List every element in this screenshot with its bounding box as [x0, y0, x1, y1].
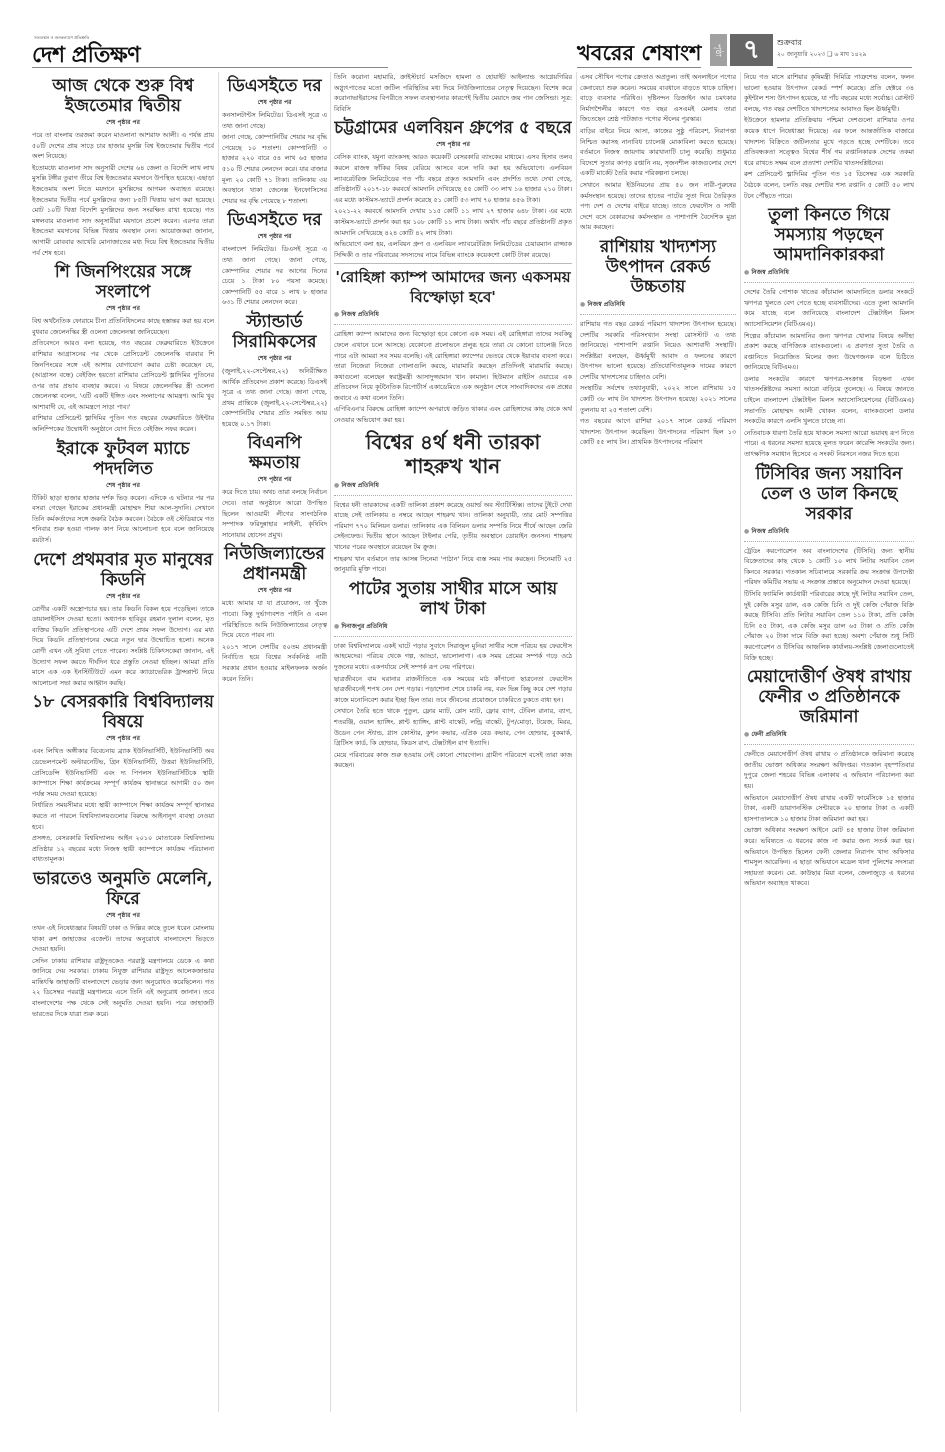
headline[interactable]: 'রোহিঙ্গা ক্যাম্প আমাদের জন্য একসময় বিস…: [334, 267, 572, 307]
article-body: পরে তা বাংলায় তরজমা করেন মাওলানা আশরাফ …: [32, 130, 214, 258]
article-body: (জুলাই,২২-সেপ্টেম্বর,২২) অনিরীক্ষিত আর্থ…: [222, 366, 327, 430]
continued-label: শেষ পৃষ্ঠার পর: [334, 139, 572, 150]
article-albion[interactable]: চট্টগ্রামের এলবিয়ন গ্রুপের ৫ বছরে শেষ প…: [334, 118, 572, 260]
article-body: রোগীর একটি অস্ত্রোপচার হয়। তার কিডনি বি…: [32, 604, 214, 689]
headline[interactable]: টিসিবির জন্য সয়াবিন তেল ও ডাল কিনছে সরক…: [744, 464, 914, 524]
article-body: করে দিতে চায়। অথচ তারা বলছে নির্বাচন দে…: [222, 487, 327, 540]
masthead-rule-right: [777, 67, 912, 68]
article-iraq-football[interactable]: ইরাকে ফুটবল ম্যাচে পদদলিত শেষ পৃষ্ঠার পর…: [32, 439, 214, 546]
continued-label: শেষ পৃষ্ঠার পর: [32, 480, 214, 491]
column-divider: [218, 72, 219, 1412]
headline[interactable]: রাশিয়ায় খাদ্যশস্য উৎপাদন রেকর্ড উচ্চতা…: [580, 237, 736, 297]
masthead-rule-left: [32, 67, 388, 68]
article-zinping[interactable]: শি জিনপিংয়ের সঙ্গে সংলাপে শেষ পৃষ্ঠার প…: [32, 262, 214, 435]
headline[interactable]: নিউজিল্যান্ডের প্রধানমন্ত্রী: [222, 544, 327, 584]
article-body: মধ্যে আমার যা যা প্রয়োজন, তা খুঁজে পাবো…: [222, 598, 327, 684]
article-body: ট্রেডিং করপোরেশন অব বাংলাদেশের (টিসিবি) …: [744, 546, 914, 664]
article-body: বিশ্বের ধনী তারকাদের একটি তালিকা প্রকাশ …: [334, 500, 572, 575]
masthead-rule-mid: [577, 67, 701, 68]
headline[interactable]: বিএনপি ক্ষমতায়: [222, 433, 327, 473]
article-new-zealand[interactable]: নিউজিল্যান্ডের প্রধানমন্ত্রী শেষ পৃষ্ঠার…: [222, 544, 327, 684]
continued-label: শেষ পৃষ্ঠার পর: [32, 591, 214, 602]
article-russia-grain[interactable]: রাশিয়ায় খাদ্যশস্য উৎপাদন রেকর্ড উচ্চতা…: [580, 237, 736, 448]
byline: ফেনী প্রতিনিধি: [744, 729, 914, 745]
article-jute-thread[interactable]: পাটের সুতায় সাথীর মাসে আয় লাখ টাকা দিন…: [334, 579, 572, 771]
byline: নিজস্ব প্রতিনিধি: [744, 526, 914, 542]
article-cotton[interactable]: তুলা কিনতে গিয়ে সমস্যায় পড়ছেন আমদানিক…: [744, 205, 914, 460]
headline[interactable]: মেয়াদোত্তীর্ণ ঔষধ রাখায় ফেনীর ৩ প্রতিষ…: [744, 667, 914, 727]
continued-label: শেষ পৃষ্ঠার পর: [222, 474, 327, 485]
column-divider: [330, 72, 331, 1412]
continued-label: শেষ পৃষ্ঠার পর: [32, 303, 214, 314]
article-body: রোহিঙ্গা ক্যাম্প আমাদের জন্য বিস্ফোড়া হ…: [334, 329, 572, 425]
article-body: টিকিট ছাড়া হাজার হাজার দর্শক ভিড় করেন।…: [32, 493, 214, 546]
headline[interactable]: শি জিনপিংয়ের সঙ্গে সংলাপে: [32, 262, 214, 302]
byline: নিজস্ব প্রতিনিধি: [580, 299, 736, 315]
article-body: বেসিক ব্যাংক, যমুনা ব্যাংকসহ আরও কয়েকটি…: [334, 152, 572, 260]
article-body: তখন এই নিষেধাজ্ঞার বিষয়টি ঢাকা ও দিল্লি…: [32, 923, 214, 1019]
byline: নিজস্ব প্রতিনিধি: [334, 480, 572, 496]
page-label: পৃষ্ঠা: [710, 34, 727, 66]
headline[interactable]: ভারতেও অনুমতি মেলেনি, ফিরে: [32, 869, 214, 909]
section-divider: [334, 263, 572, 264]
continued-label: শেষ পৃষ্ঠার পর: [32, 117, 214, 128]
article-dse-rate[interactable]: ডিএসইতে দর শেষ পৃষ্ঠার পর কনসালটান্টস লি…: [222, 76, 327, 206]
article-feni[interactable]: মেয়াদোত্তীর্ণ ঔষধ রাখায় ফেনীর ৩ প্রতিষ…: [744, 667, 914, 889]
column-divider: [740, 72, 741, 1412]
newspaper-logo[interactable]: দেশ প্রতিক্ষণ: [32, 38, 140, 75]
article-body: কনসালটান্টস লিমিটেড। ডিএসই সূত্রে এ তথ্য…: [222, 110, 327, 206]
headline[interactable]: বিশ্বের ৪র্থ ধনী তারকা শাহরুখ খান: [334, 430, 572, 478]
column-divider: [576, 72, 577, 1412]
article-india-permission[interactable]: ভারতেও অনুমতি মেলেনি, ফিরে শেষ পৃষ্ঠার প…: [32, 869, 214, 1019]
headline[interactable]: ১৮ বেসরকারি বিশ্ববিদ্যালয় বিষয়ে: [32, 692, 214, 732]
headline[interactable]: তুলা কিনতে গিয়ে সমস্যায় পড়ছেন আমদানিক…: [744, 205, 914, 265]
headline[interactable]: আজ থেকে শুরু বিশ্ব ইজতেমার দ্বিতীয়: [32, 76, 214, 116]
headline[interactable]: চট্টগ্রামের এলবিয়ন গ্রুপের ৫ বছরে: [334, 118, 572, 138]
byline: নিজস্ব প্রতিনিধি: [744, 267, 914, 283]
continued-label: শেষ পৃষ্ঠার পর: [32, 733, 214, 744]
headline[interactable]: ডিএসইতে দর: [222, 210, 327, 230]
article-body-continued: তিনি করোনা মহামারি, ক্রাইস্টচার্চ মসজিদে…: [334, 72, 572, 114]
continued-label: শেষ পৃষ্ঠার পর: [222, 97, 327, 108]
continued-label: শেষ পৃষ্ঠার পর: [222, 231, 327, 242]
article-body-continued: এসব সৌখিন পণ্যের ক্রেতাও অপ্রতুল। তাই অন…: [580, 72, 736, 233]
article-standard-ceramic[interactable]: স্ট্যান্ডার্ড সিরামিকসের শেষ পৃষ্ঠার পর …: [222, 312, 327, 430]
headline[interactable]: স্ট্যান্ডার্ড সিরামিকসের: [222, 312, 327, 352]
article-body-continued: নিয়ে গত মাসে রাশিয়ার কৃষিমন্ত্রী দিমিত…: [744, 72, 914, 201]
column-5: নিয়ে গত মাসে রাশিয়ার কৃষিমন্ত্রী দিমিত…: [744, 72, 914, 1412]
byline: নিজস্ব প্রতিনিধি: [334, 309, 572, 325]
article-rohingya[interactable]: 'রোহিঙ্গা ক্যাম্প আমাদের জন্য একসময় বিস…: [334, 267, 572, 425]
article-body: দেশের তৈরি পোশাক খাতের কাঁচামাল আমদানিতে…: [744, 287, 914, 460]
headline[interactable]: পাটের সুতায় সাথীর মাসে আয় লাখ টাকা: [334, 579, 572, 619]
article-tcb[interactable]: টিসিবির জন্য সয়াবিন তেল ও ডাল কিনছে সরক…: [744, 464, 914, 664]
column-1: আজ থেকে শুরু বিশ্ব ইজতেমার দ্বিতীয় শেষ …: [32, 72, 214, 1412]
continued-label: শেষ পৃষ্ঠার পর: [222, 585, 327, 596]
headline[interactable]: দেশে প্রথমবার মৃত মানুষের কিডনি: [32, 550, 214, 590]
headline[interactable]: ডিএসইতে দর: [222, 76, 327, 96]
article-kidney[interactable]: দেশে প্রথমবার মৃত মানুষের কিডনি শেষ পৃষ্…: [32, 550, 214, 689]
article-body: বিশ্ব অর্থনৈতিক ফোরামে চীনা প্রতিনিধিদলে…: [32, 316, 214, 435]
byline: দিনাজপুর প্রতিনিধি: [334, 621, 572, 637]
article-body: এবং লিখিত অঙ্গীকার বিবেচনায় ব্র্যাক ইউন…: [32, 746, 214, 865]
masthead: সত্যবস্থান ও জনকল্যাণে প্রতিশ্রুতি দেশ প…: [0, 0, 945, 60]
article-private-university[interactable]: ১৮ বেসরকারি বিশ্ববিদ্যালয় বিষয়ে শেষ পৃ…: [32, 692, 214, 865]
article-body: ঢাকা বিশ্ববিদ্যালয়ে একই ঘাটে পড়ার সুবা…: [334, 641, 572, 771]
issue-date: ২০ জানুয়ারি ২০২৩ ❑ ৬ মাঘ ১৪২৯: [777, 49, 866, 60]
article-shahrukh[interactable]: বিশ্বের ৪র্থ ধনী তারকা শাহরুখ খান নিজস্ব…: [334, 430, 572, 575]
column-4: এসব সৌখিন পণ্যের ক্রেতাও অপ্রতুল। তাই অন…: [580, 72, 736, 1412]
continued-label: শেষ পৃষ্ঠার পর: [222, 353, 327, 364]
article-ijtema[interactable]: আজ থেকে শুরু বিশ্ব ইজতেমার দ্বিতীয় শেষ …: [32, 76, 214, 258]
continued-label: শেষ পৃষ্ঠার পর: [32, 910, 214, 921]
article-body: রাশিয়ায় গত বছর রেকর্ড পরিমাণ খাদ্যশস্য…: [580, 319, 736, 448]
article-bnp[interactable]: বিএনপি ক্ষমতায় শেষ পৃষ্ঠার পর করে দিতে …: [222, 433, 327, 540]
page-number: ৭: [730, 34, 773, 66]
article-dse-rate-2[interactable]: ডিএসইতে দর শেষ পৃষ্ঠার পর বাংলাদেশ লিমিট…: [222, 210, 327, 308]
headline[interactable]: ইরাকে ফুটবল ম্যাচে পদদলিত: [32, 439, 214, 479]
column-2: ডিএসইতে দর শেষ পৃষ্ঠার পর কনসালটান্টস লি…: [222, 72, 327, 1412]
article-body: ফেনীতে মেয়াদোত্তীর্ণ ঔষধ রাখায় ৩ প্রতি…: [744, 749, 914, 889]
article-body: বাংলাদেশ লিমিটেড। ডিএসই সূত্রে এ তথ্য জা…: [222, 244, 327, 308]
column-3: তিনি করোনা মহামারি, ক্রাইস্টচার্চ মসজিদে…: [334, 72, 572, 1412]
